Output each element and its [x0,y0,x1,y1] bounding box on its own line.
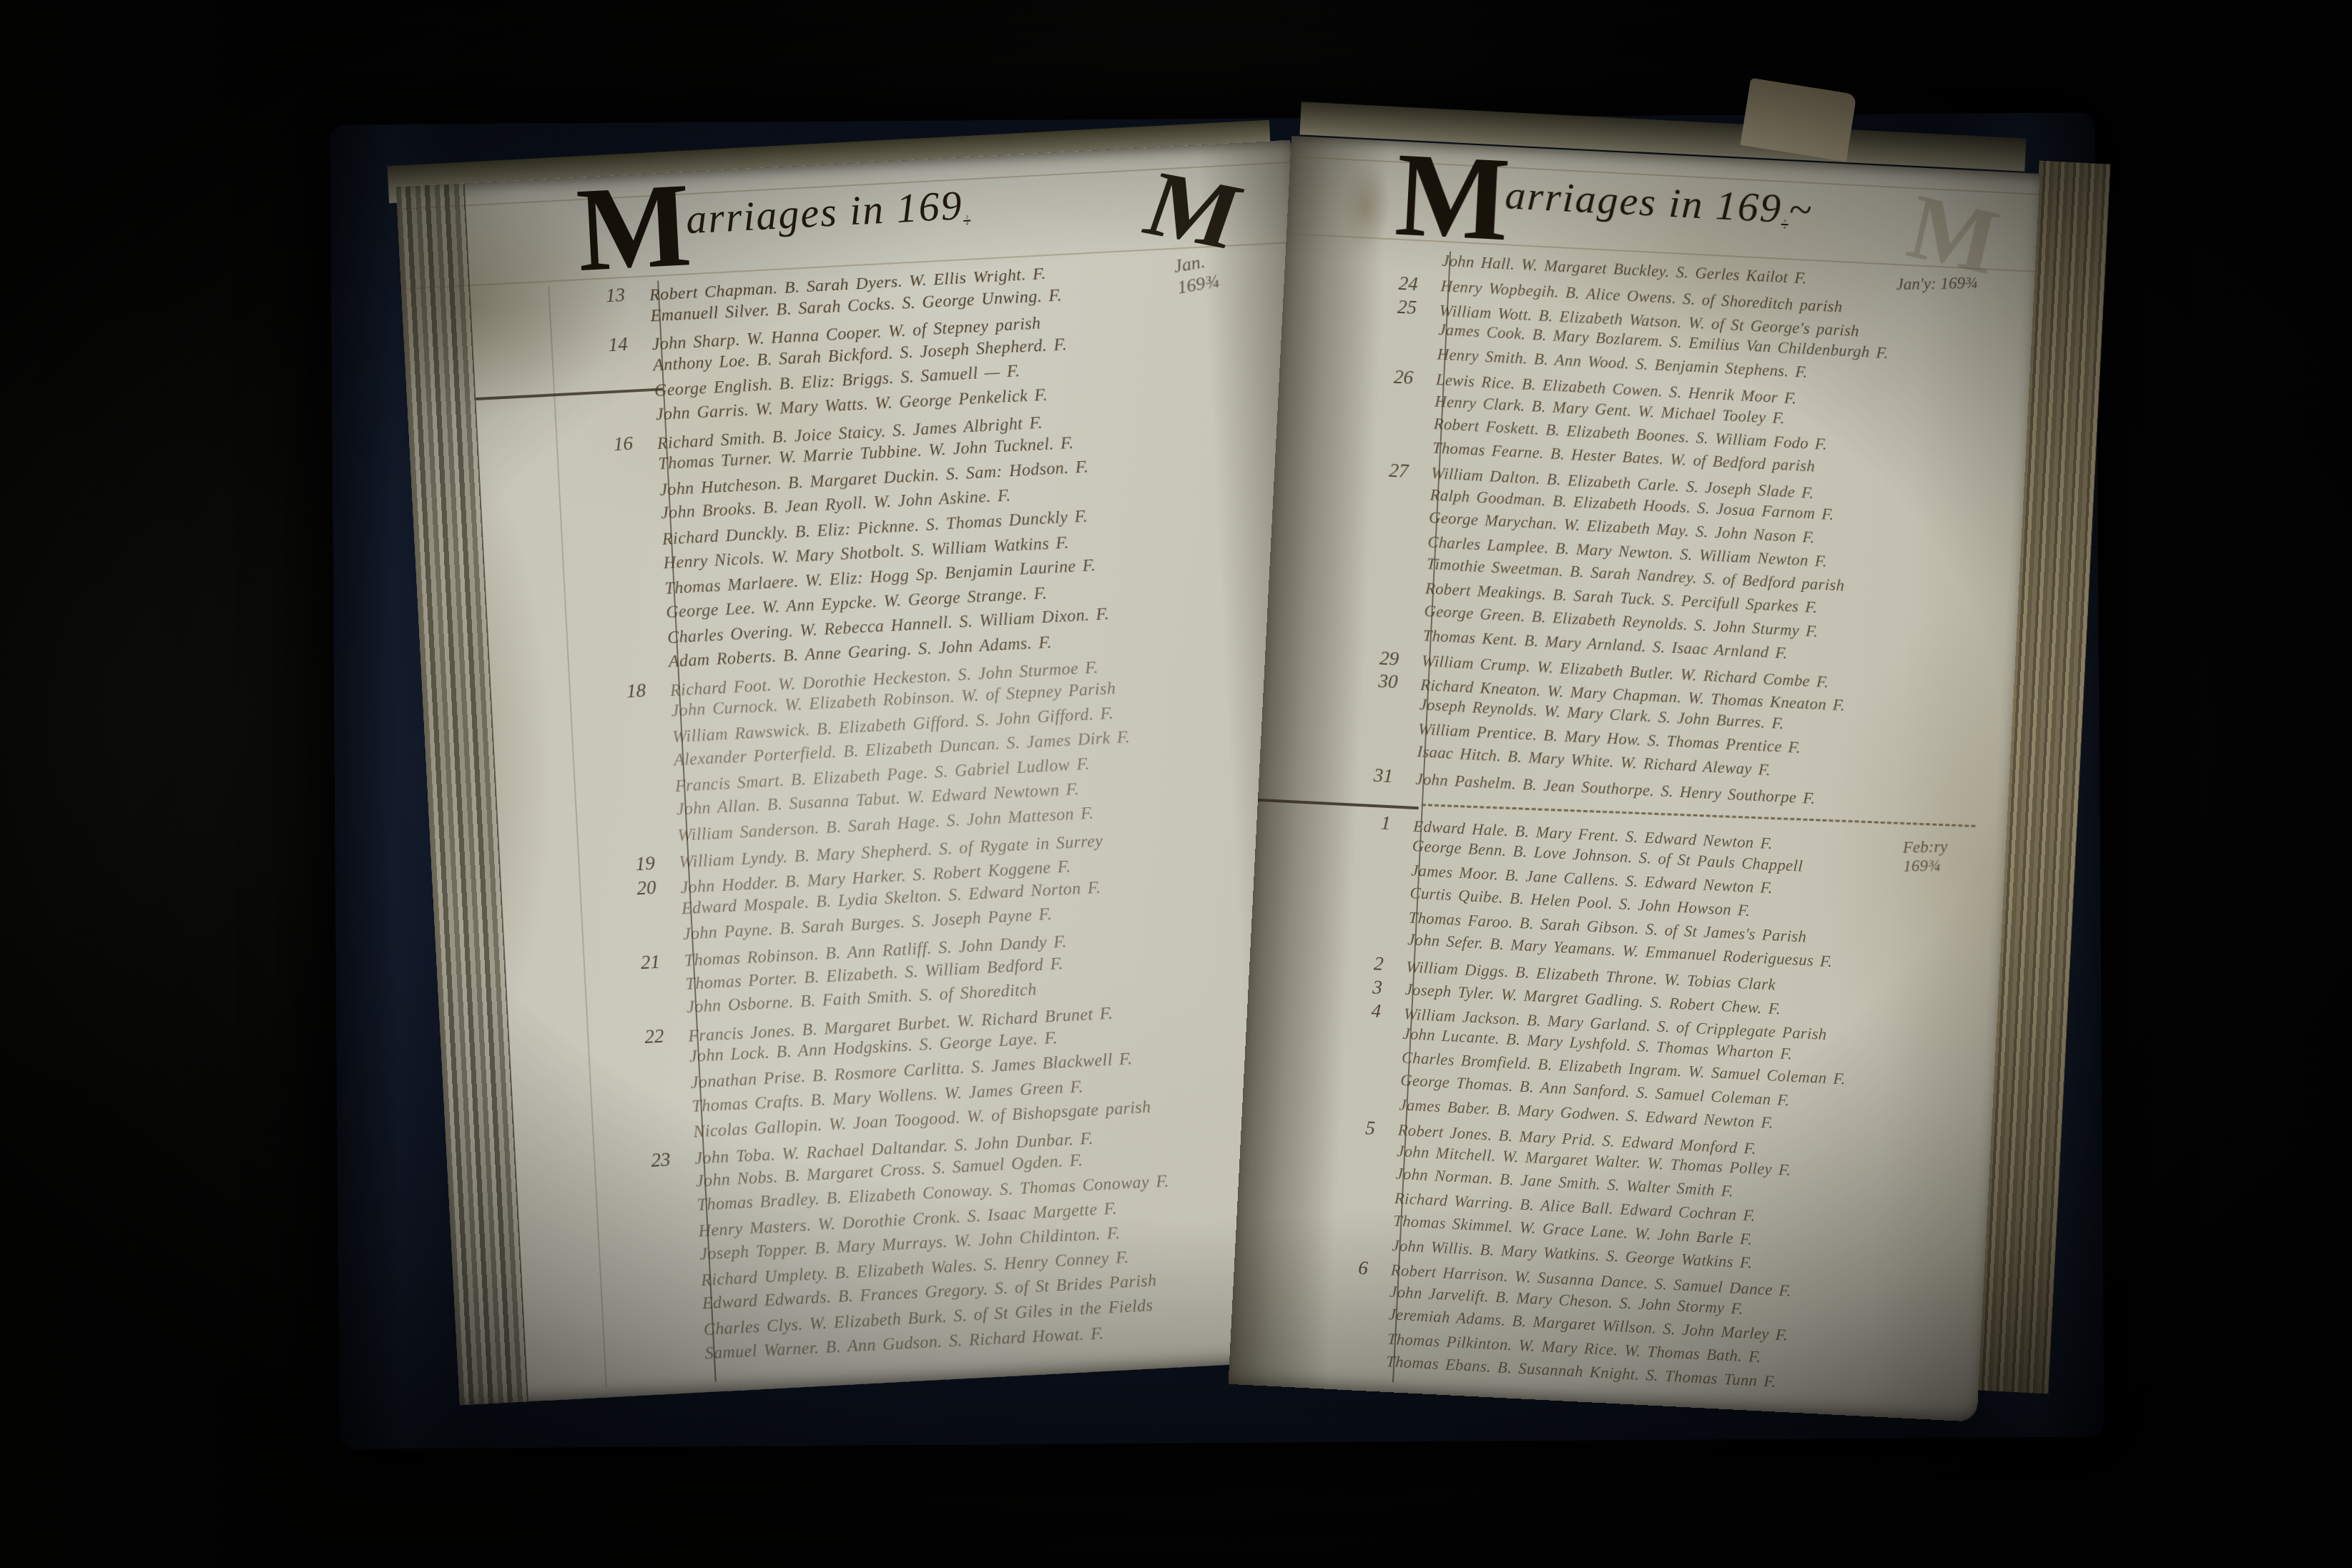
entry-day-number [474,1261,689,1272]
entry-day-number [1298,352,1427,358]
entry-day-number [1254,1219,1383,1226]
entry-day-number [448,766,663,778]
entry-day-number [468,1138,682,1149]
entry-day-number [1260,1102,1389,1108]
entry-day-number [458,940,672,951]
entry-day-number [1284,609,1414,616]
entry-day-number [1278,750,1407,756]
entry-day-number [438,569,653,581]
left-page-entries: 13Jan. 169¾Robert Chapman. B. Sarah Dyer… [423,250,1335,1391]
entry-day-number [1248,1336,1377,1343]
entry-day-number [1287,563,1417,569]
page-title-text: arriages in 169 [685,182,965,242]
entry-day-number [1279,726,1408,733]
entry-day-number [478,1335,693,1346]
entry-day-number [1271,892,1400,898]
entry-day-number [1262,1055,1392,1062]
entry-day-number [453,841,667,852]
right-page-entries: Jan'y: 169¾John Hall. W. Margaret Buckle… [1246,244,2020,1411]
entry-day-number [1288,539,1417,546]
entry-day-number [447,742,661,754]
entry-day-number [1257,1149,1387,1155]
entry-day-number [1286,586,1415,593]
entry-day-number [441,618,655,630]
entry-day-number [466,1088,680,1100]
entry-day-number [443,668,658,679]
entry-day-number [477,1310,692,1321]
entry-day-number [430,421,645,433]
page-title: Marriages in 16934~ M [1394,162,1813,249]
entry-day-number [476,1286,690,1297]
flourish: ~ [1788,185,1813,233]
entry-day-number [466,1113,681,1124]
year-fraction: 34 [963,215,970,227]
entry-day-number [1269,914,1399,921]
entry-day-number [436,520,650,531]
entry-day-number [1271,868,1401,874]
entry-day-number [1293,445,1422,452]
entry-day-number [442,644,656,655]
entry-day-number [461,1014,676,1025]
entry-day-number [472,1211,687,1223]
entry-day-number [1253,1243,1382,1249]
entry-day-number [437,544,651,556]
entry-day-number [425,322,639,334]
entry-day-number [1294,422,1424,428]
entry-day-number [1284,633,1413,639]
entry-day-number [451,816,666,827]
entry-day-number [1299,328,1428,335]
entry-day-number [1250,1289,1379,1296]
entry-day-number [1289,516,1419,522]
entry-day-number [1291,493,1420,499]
entry-day-number [1280,703,1409,709]
entry-day-number: Jan'y: 169¾ [1302,258,1432,265]
entry-day-number [1246,1360,1376,1366]
right-page: Marriages in 16934~ M Jan'y: 169¾John Ha… [1229,136,2040,1422]
left-page: Marriages in 16934 M 13Jan. 169¾Robert C… [396,140,1354,1405]
entry-day-number [1261,1079,1390,1085]
entry-day-number [473,1236,687,1248]
entry-day-number [456,915,671,927]
page-title-text: arriages in 169 [1504,171,1783,232]
entry-day-number [1264,1032,1393,1038]
entry-day-number [471,1187,685,1198]
entry-day-number [434,495,649,506]
entry-day-number [1255,1195,1384,1202]
entry-day-number [428,372,642,383]
entry-day-number [460,989,674,1000]
entry-day-number [429,396,644,408]
entry-day-number [433,470,647,482]
entry-day-number [1268,938,1397,945]
entry-day-number [480,1360,694,1371]
entry-day-number [439,594,654,606]
page-title: Marriages in 16934 M [576,177,972,264]
entry-day-number [450,792,664,803]
drop-cap-m: M [576,192,688,263]
entry-day-number [446,717,660,729]
register-photo: Marriages in 16934 M 13Jan. 169¾Robert C… [0,0,2352,1568]
entry-day-number [1256,1173,1386,1179]
entry-day-number [1273,844,1402,851]
entry-day-number [464,1063,679,1075]
drop-cap-m: M [1394,162,1507,233]
entry-day-number [1249,1313,1379,1319]
entry-day-number [1295,399,1425,405]
